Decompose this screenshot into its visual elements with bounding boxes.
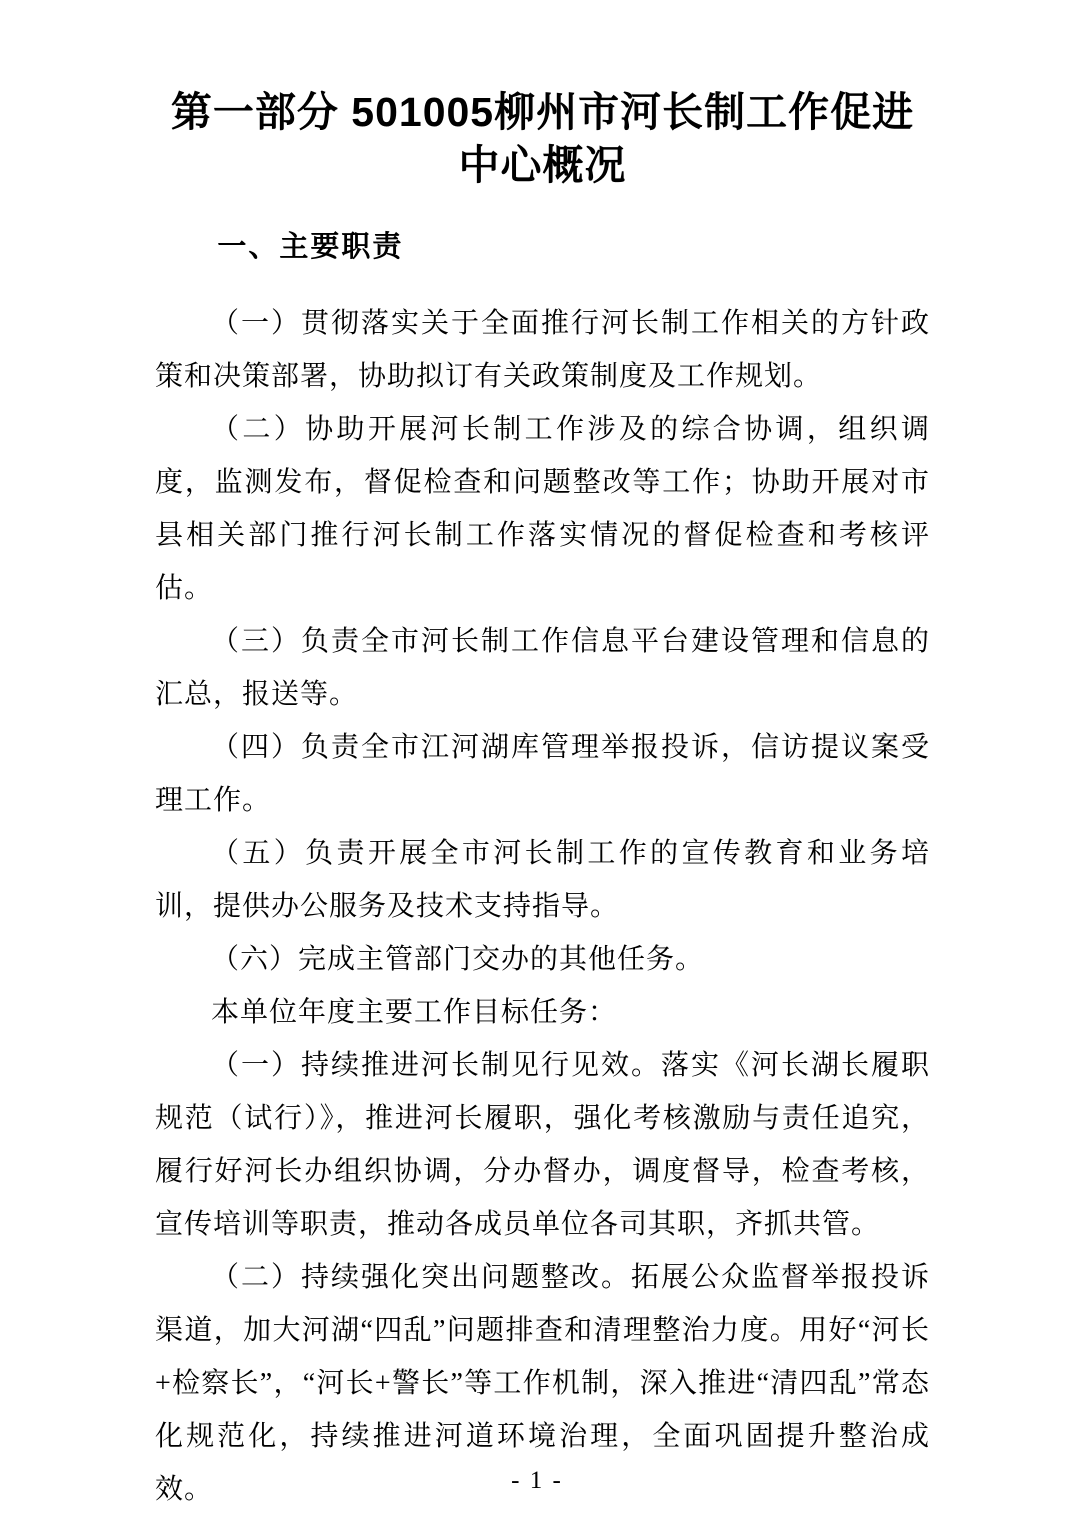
section-heading: 一、主要职责 bbox=[155, 231, 930, 263]
paragraph-duty-2: （二）协助开展河长制工作涉及的综合协调，组织调度，监测发布，督促检查和问题整改等… bbox=[155, 403, 930, 615]
paragraph-duty-6: （六）完成主管部门交办的其他任务。 bbox=[155, 933, 930, 986]
page-number: - 1 - bbox=[0, 1467, 1074, 1495]
paragraph-duty-3: （三）负责全市河长制工作信息平台建设管理和信息的汇总，报送等。 bbox=[155, 615, 930, 721]
document-title: 第一部分 501005柳州市河长制工作促进中心概况 bbox=[155, 86, 930, 192]
paragraph-annual-tasks-intro: 本单位年度主要工作目标任务： bbox=[155, 986, 930, 1039]
paragraph-duty-1: （一）贯彻落实关于全面推行河长制工作相关的方针政策和决策部署，协助拟订有关政策制… bbox=[155, 297, 930, 403]
paragraph-duty-4: （四）负责全市江河湖库管理举报投诉，信访提议案受理工作。 bbox=[155, 721, 930, 827]
document-page: 第一部分 501005柳州市河长制工作促进中心概况 一、主要职责 （一）贯彻落实… bbox=[0, 0, 1074, 1520]
document-body: （一）贯彻落实关于全面推行河长制工作相关的方针政策和决策部署，协助拟订有关政策制… bbox=[155, 297, 930, 1516]
paragraph-task-1: （一）持续推进河长制见行见效。落实《河长湖长履职规范（试行）》，推进河长履职，强… bbox=[155, 1039, 930, 1251]
paragraph-duty-5: （五）负责开展全市河长制工作的宣传教育和业务培训，提供办公服务及技术支持指导。 bbox=[155, 827, 930, 933]
